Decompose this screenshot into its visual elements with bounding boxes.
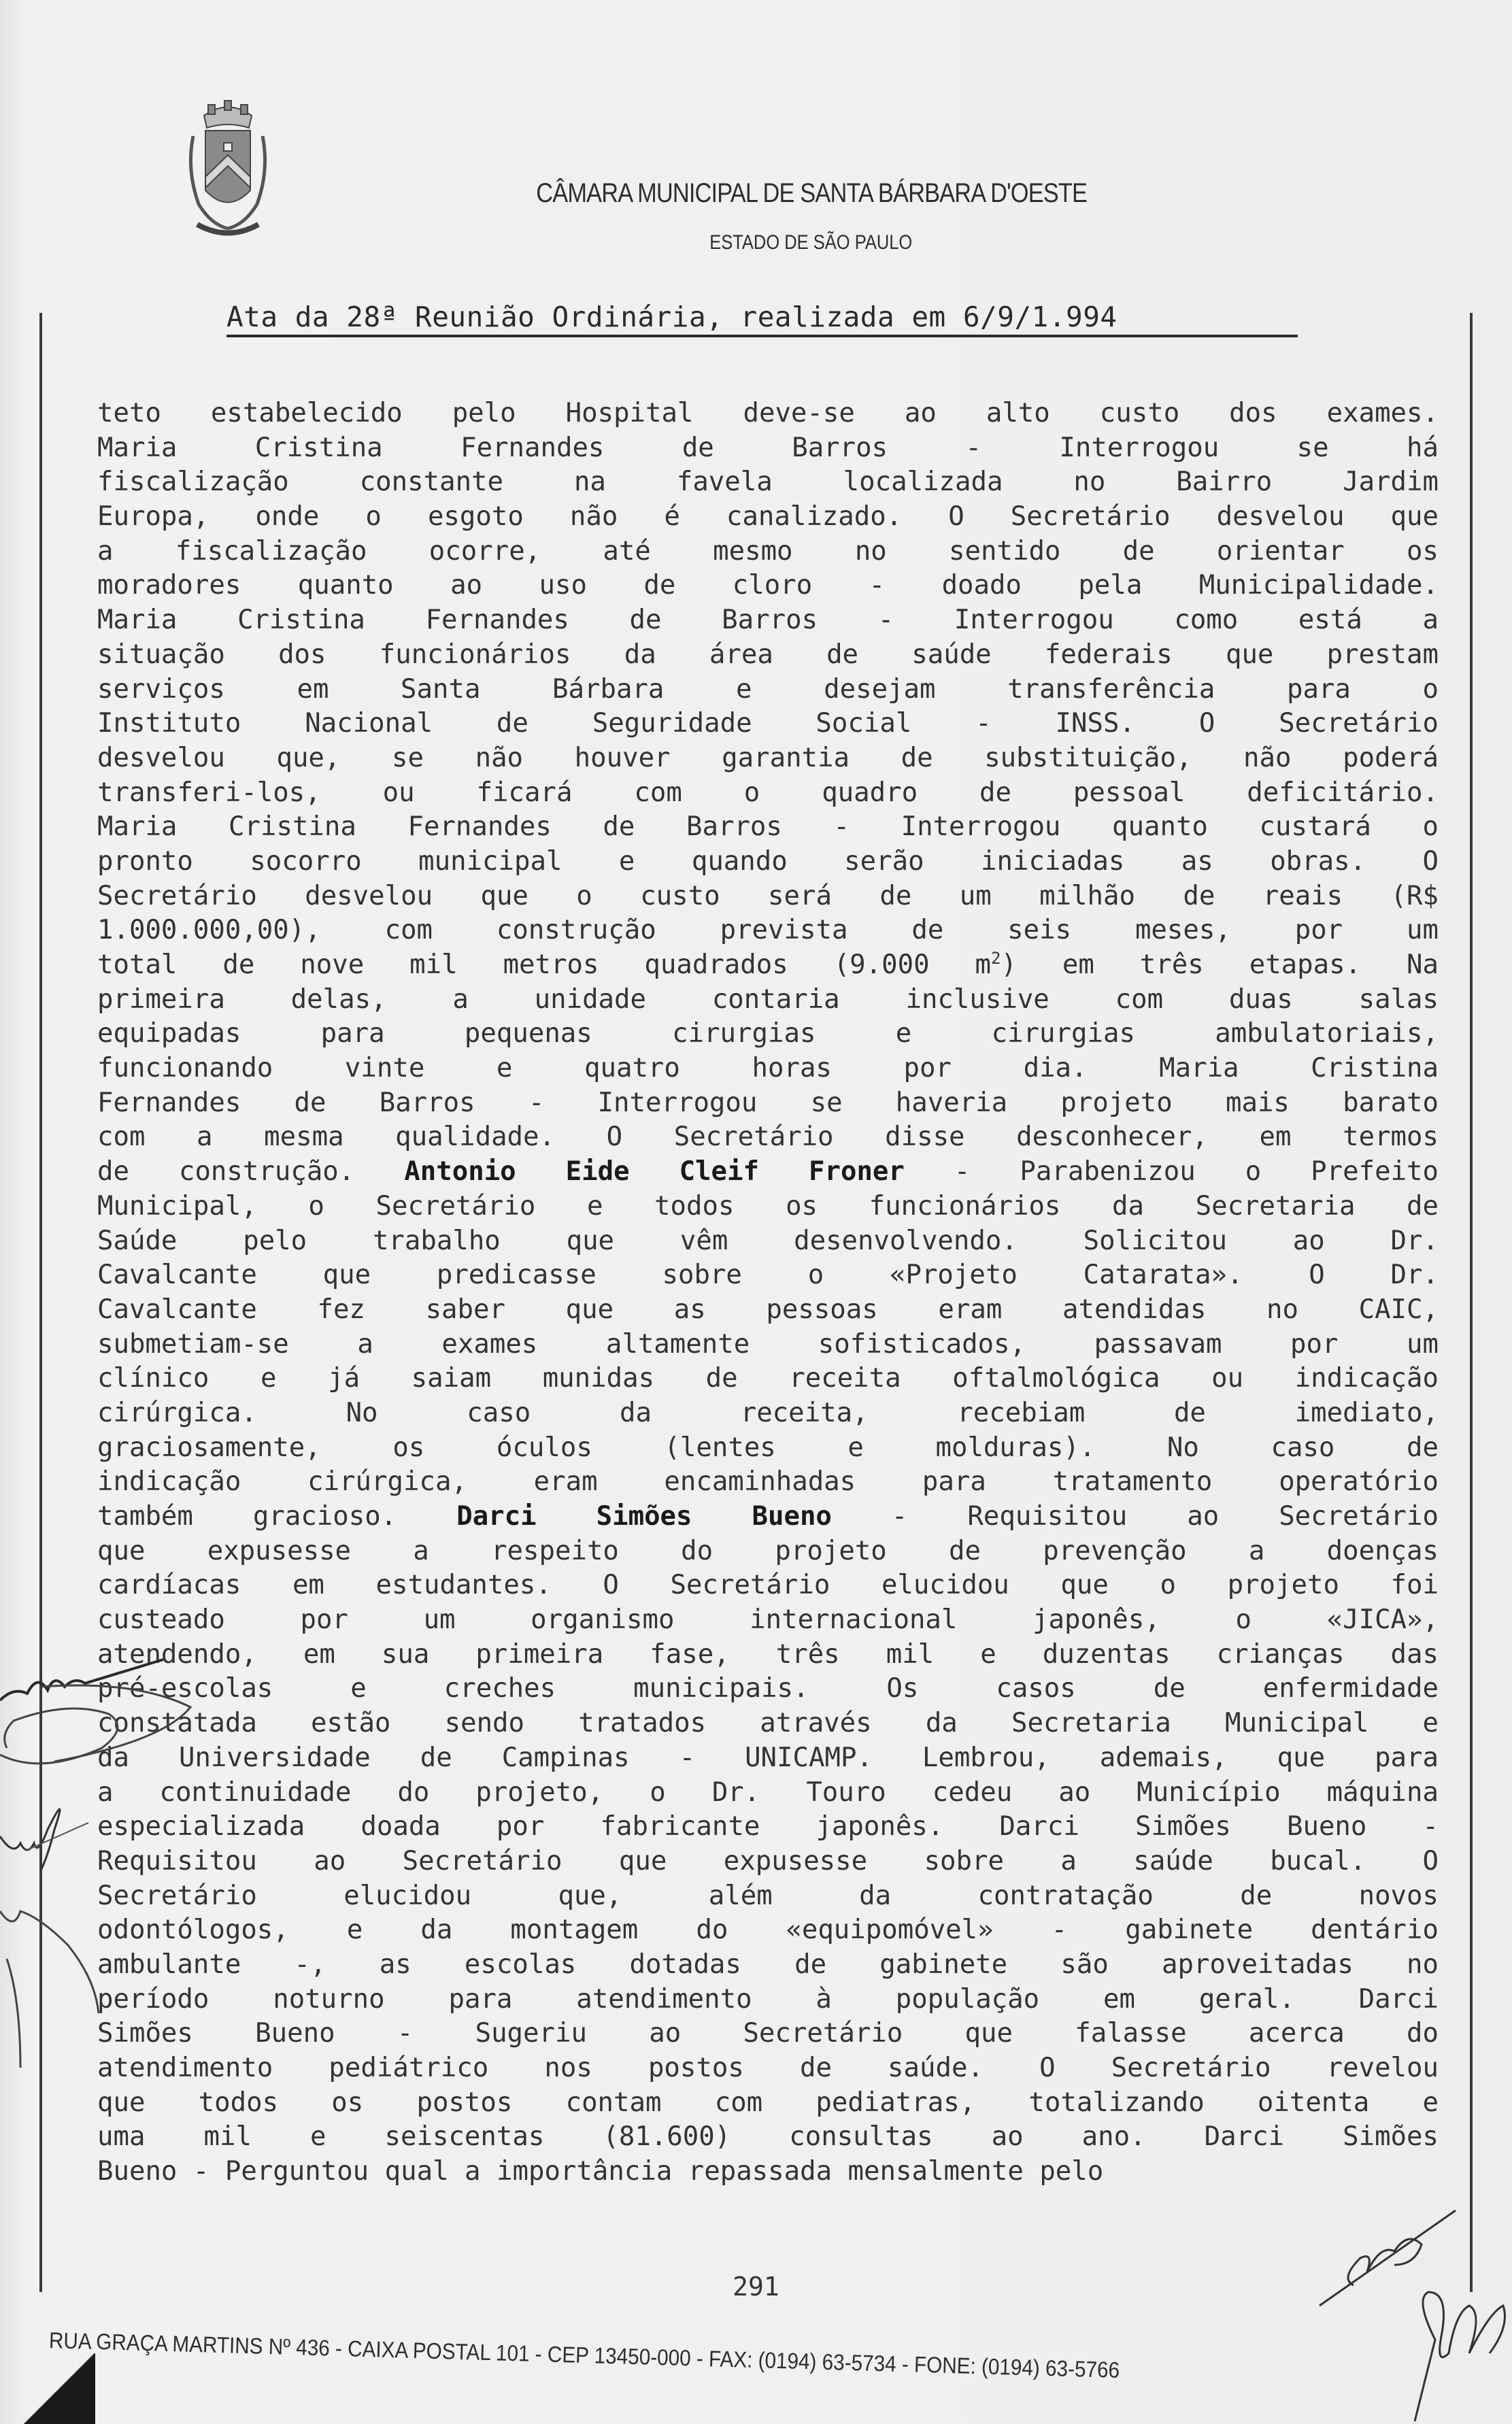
left-margin-signature-4	[0, 1891, 109, 2081]
minutes-line: Instituto Nacional de Seguridade Social …	[97, 707, 1439, 741]
minutes-line: que expusesse a respeito do projeto de p…	[97, 1534, 1439, 1569]
line-text: fiscalização constante na favela localiz…	[97, 467, 1439, 497]
line-text: Cavalcante que predicasse sobre o «Proje…	[97, 1260, 1439, 1290]
speaker-name: Darci Simões Bueno	[456, 1501, 832, 1532]
minutes-line: Bueno - Perguntou qual a importância rep…	[97, 2155, 1439, 2189]
minutes-title: Ata da 28ª Reunião Ordinária, realizada …	[226, 301, 1298, 337]
line-text: total de nove mil metros quadrados (9.00…	[97, 949, 991, 980]
speaker-name: Antonio Eide Cleif Froner	[404, 1156, 905, 1187]
municipal-coat-of-arms-icon	[184, 95, 272, 252]
line-text: constatada estão sendo tratados através …	[97, 1708, 1439, 1738]
line-text: transferi-los, ou ficará com o quadro de…	[97, 777, 1439, 808]
right-margin-rule	[1470, 313, 1473, 2292]
line-text: atendendo, em sua primeira fase, três mi…	[97, 1639, 1439, 1670]
scan-edge-shadow	[0, 2353, 95, 2424]
line-text: Maria Cristina Fernandes de Barros - Int…	[97, 811, 1439, 842]
line-text: desvelou que, se não houver garantia de …	[97, 743, 1439, 773]
minutes-line: situação dos funcionários da área de saú…	[97, 638, 1439, 673]
line-text: Cavalcante fez saber que as pessoas eram…	[97, 1294, 1439, 1325]
line-text: submetiam-se a exames altamente sofistic…	[97, 1329, 1439, 1360]
minutes-line: submetiam-se a exames altamente sofistic…	[97, 1328, 1439, 1362]
line-text: uma mil e seiscentas (81.600) consultas …	[97, 2121, 1439, 2152]
line-text: Simões Bueno - Sugeriu ao Secretário que…	[97, 2018, 1439, 2049]
line-text: funcionando vinte e quatro horas por dia…	[97, 1053, 1439, 1083]
minutes-line: constatada estão sendo tratados através …	[97, 1706, 1439, 1741]
line-text: clínico e já saiam munidas de receita of…	[97, 1363, 1439, 1394]
minutes-line: pré-escolas e creches municipais. Os cas…	[97, 1672, 1439, 1706]
minutes-line: Fernandes de Barros - Interrogou se have…	[97, 1086, 1439, 1121]
minutes-line: indicação cirúrgica, eram encaminhadas p…	[97, 1465, 1439, 1500]
minutes-line: moradores quanto ao uso de cloro - doado…	[97, 569, 1439, 603]
institution-name: CÂMARA MUNICIPAL DE SANTA BÁRBARA D'OEST…	[106, 178, 1407, 209]
line-text: Bueno - Perguntou qual a importância rep…	[97, 2156, 1103, 2187]
line-text: moradores quanto ao uso de cloro - doado…	[97, 570, 1439, 601]
minutes-line: odontólogos, e da montagem do «equipomóv…	[97, 1913, 1439, 1948]
line-text: Secretário elucidou que, além da contrat…	[97, 1881, 1439, 1911]
minutes-line: a fiscalização ocorre, até mesmo no sent…	[97, 535, 1439, 569]
minutes-line: transferi-los, ou ficará com o quadro de…	[97, 776, 1439, 811]
minutes-line: equipadas para pequenas cirurgias e ciru…	[97, 1017, 1439, 1051]
state-name: ESTADO DE SÃO PAULO	[114, 231, 1399, 254]
line-text: a fiscalização ocorre, até mesmo no sent…	[97, 536, 1439, 567]
minutes-line: Municipal, o Secretário e todos os funci…	[97, 1190, 1439, 1224]
line-text: especializada doada por fabricante japon…	[97, 1811, 1439, 1842]
line-text: - Parabenizou o Prefeito	[905, 1156, 1439, 1187]
line-text: cardíacas em estudantes. O Secretário el…	[97, 1570, 1439, 1600]
footer-address: RUA GRAÇA MARTINS Nº 436 - CAIXA POSTAL …	[48, 2327, 1334, 2389]
minutes-line: Maria Cristina Fernandes de Barros - Int…	[97, 431, 1439, 466]
line-text: - Requisitou ao Secretário	[832, 1501, 1439, 1532]
line-text: período noturno para atendimento à popul…	[97, 1984, 1439, 2015]
minutes-line: período noturno para atendimento à popul…	[97, 1983, 1439, 2017]
page-number: 291	[0, 2272, 1512, 2302]
line-text: Fernandes de Barros - Interrogou se have…	[97, 1088, 1439, 1118]
minutes-line: Requisitou ao Secretário que expusesse s…	[97, 1845, 1439, 1879]
minutes-line: fiscalização constante na favela localiz…	[97, 465, 1439, 500]
minutes-line: serviços em Santa Bárbara e desejam tran…	[97, 673, 1439, 707]
minutes-line: Maria Cristina Fernandes de Barros - Int…	[97, 603, 1439, 638]
line-text: graciosamente, os óculos (lentes e moldu…	[97, 1432, 1439, 1463]
line-text: de construção.	[97, 1156, 404, 1187]
line-text: Maria Cristina Fernandes de Barros - Int…	[97, 433, 1439, 463]
minutes-line: primeira delas, a unidade contaria inclu…	[97, 983, 1439, 1017]
minutes-line: 1.000.000,00), com construção prevista d…	[97, 913, 1439, 948]
minutes-line: especializada doada por fabricante japon…	[97, 1810, 1439, 1845]
minutes-body: teto estabelecido pelo Hospital deve-se …	[97, 397, 1439, 2189]
minutes-line: que todos os postos contam com pediatras…	[97, 2086, 1439, 2121]
line-text: ) em três etapas. Na	[1001, 949, 1439, 980]
line-text: Europa, onde o esgoto não é canalizado. …	[97, 501, 1439, 532]
line-text: da Universidade de Campinas - UNICAMP. L…	[97, 1743, 1439, 1773]
minutes-line: a continuidade do projeto, o Dr. Touro c…	[97, 1776, 1439, 1811]
minutes-line: com a mesma qualidade. O Secretário diss…	[97, 1120, 1439, 1155]
minutes-line: cardíacas em estudantes. O Secretário el…	[97, 1568, 1439, 1603]
line-text: ambulante -, as escolas dotadas de gabin…	[97, 1949, 1439, 1980]
line-text: que expusesse a respeito do projeto de p…	[97, 1536, 1439, 1566]
line-text: Maria Cristina Fernandes de Barros - Int…	[97, 605, 1439, 635]
minutes-line: Maria Cristina Fernandes de Barros - Int…	[97, 810, 1439, 845]
left-margin-signature-3	[0, 1789, 95, 1884]
minutes-line: atendimento pediátrico nos postos de saú…	[97, 2051, 1439, 2086]
minutes-line: teto estabelecido pelo Hospital deve-se …	[97, 397, 1439, 431]
minutes-line: Europa, onde o esgoto não é canalizado. …	[97, 500, 1439, 535]
line-text: Instituto Nacional de Seguridade Social …	[97, 708, 1439, 739]
line-text: teto estabelecido pelo Hospital deve-se …	[97, 398, 1439, 428]
line-text: custeado por um organismo internacional …	[97, 1604, 1439, 1635]
minutes-line: custeado por um organismo internacional …	[97, 1603, 1439, 1638]
line-text: odontólogos, e da montagem do «equipomóv…	[97, 1915, 1439, 1945]
bottom-right-initials-1	[1313, 2204, 1462, 2319]
line-text: primeira delas, a unidade contaria inclu…	[97, 984, 1439, 1015]
superscript: 2	[991, 949, 1001, 968]
line-text: cirúrgica. No caso da receita, recebiam …	[97, 1398, 1439, 1428]
line-text: Requisitou ao Secretário que expusesse s…	[97, 1846, 1439, 1876]
line-text: serviços em Santa Bárbara e desejam tran…	[97, 674, 1439, 705]
minutes-line: graciosamente, os óculos (lentes e moldu…	[97, 1431, 1439, 1466]
minutes-line: da Universidade de Campinas - UNICAMP. L…	[97, 1741, 1439, 1776]
minutes-line: funcionando vinte e quatro horas por dia…	[97, 1051, 1439, 1086]
minutes-line: total de nove mil metros quadrados (9.00…	[97, 948, 1439, 983]
minutes-line: uma mil e seiscentas (81.600) consultas …	[97, 2120, 1439, 2155]
minutes-line: Secretário desvelou que o custo será de …	[97, 879, 1439, 914]
line-text: pré-escolas e creches municipais. Os cas…	[97, 1673, 1439, 1704]
minutes-line: cirúrgica. No caso da receita, recebiam …	[97, 1396, 1439, 1431]
minutes-line: atendendo, em sua primeira fase, três mi…	[97, 1638, 1439, 1672]
bottom-right-initials-2	[1388, 2285, 1512, 2424]
line-text: também gracioso.	[97, 1501, 456, 1532]
line-text: que todos os postos contam com pediatras…	[97, 2087, 1439, 2118]
minutes-line: Cavalcante que predicasse sobre o «Proje…	[97, 1258, 1439, 1293]
minutes-line: pronto socorro municipal e quando serão …	[97, 845, 1439, 879]
minutes-line: ambulante -, as escolas dotadas de gabin…	[97, 1948, 1439, 1983]
line-text: pronto socorro municipal e quando serão …	[97, 846, 1439, 877]
minutes-line: Saúde pelo trabalho que vêm desenvolvend…	[97, 1224, 1439, 1259]
left-margin-rule	[39, 313, 42, 2292]
line-text: equipadas para pequenas cirurgias e ciru…	[97, 1018, 1439, 1049]
minutes-line: de construção. Antonio Eide Cleif Froner…	[97, 1155, 1439, 1190]
minutes-line: Secretário elucidou que, além da contrat…	[97, 1879, 1439, 1914]
scanned-page: CÂMARA MUNICIPAL DE SANTA BÁRBARA D'OEST…	[0, 0, 1512, 2424]
line-text: a continuidade do projeto, o Dr. Touro c…	[97, 1777, 1439, 1808]
line-text: 1.000.000,00), com construção prevista d…	[97, 915, 1439, 945]
line-text: Secretário desvelou que o custo será de …	[97, 881, 1439, 911]
line-text: atendimento pediátrico nos postos de saú…	[97, 2053, 1439, 2083]
line-text: com a mesma qualidade. O Secretário diss…	[97, 1122, 1439, 1152]
line-text: Municipal, o Secretário e todos os funci…	[97, 1191, 1439, 1222]
minutes-line: Simões Bueno - Sugeriu ao Secretário que…	[97, 2017, 1439, 2051]
line-text: situação dos funcionários da área de saú…	[97, 639, 1439, 670]
line-text: indicação cirúrgica, eram encaminhadas p…	[97, 1466, 1439, 1497]
minutes-line: também gracioso. Darci Simões Bueno - Re…	[97, 1500, 1439, 1534]
minutes-line: clínico e já saiam munidas de receita of…	[97, 1362, 1439, 1396]
line-text: Saúde pelo trabalho que vêm desenvolvend…	[97, 1226, 1439, 1256]
minutes-line: desvelou que, se não houver garantia de …	[97, 741, 1439, 776]
minutes-line: Cavalcante fez saber que as pessoas eram…	[97, 1293, 1439, 1328]
